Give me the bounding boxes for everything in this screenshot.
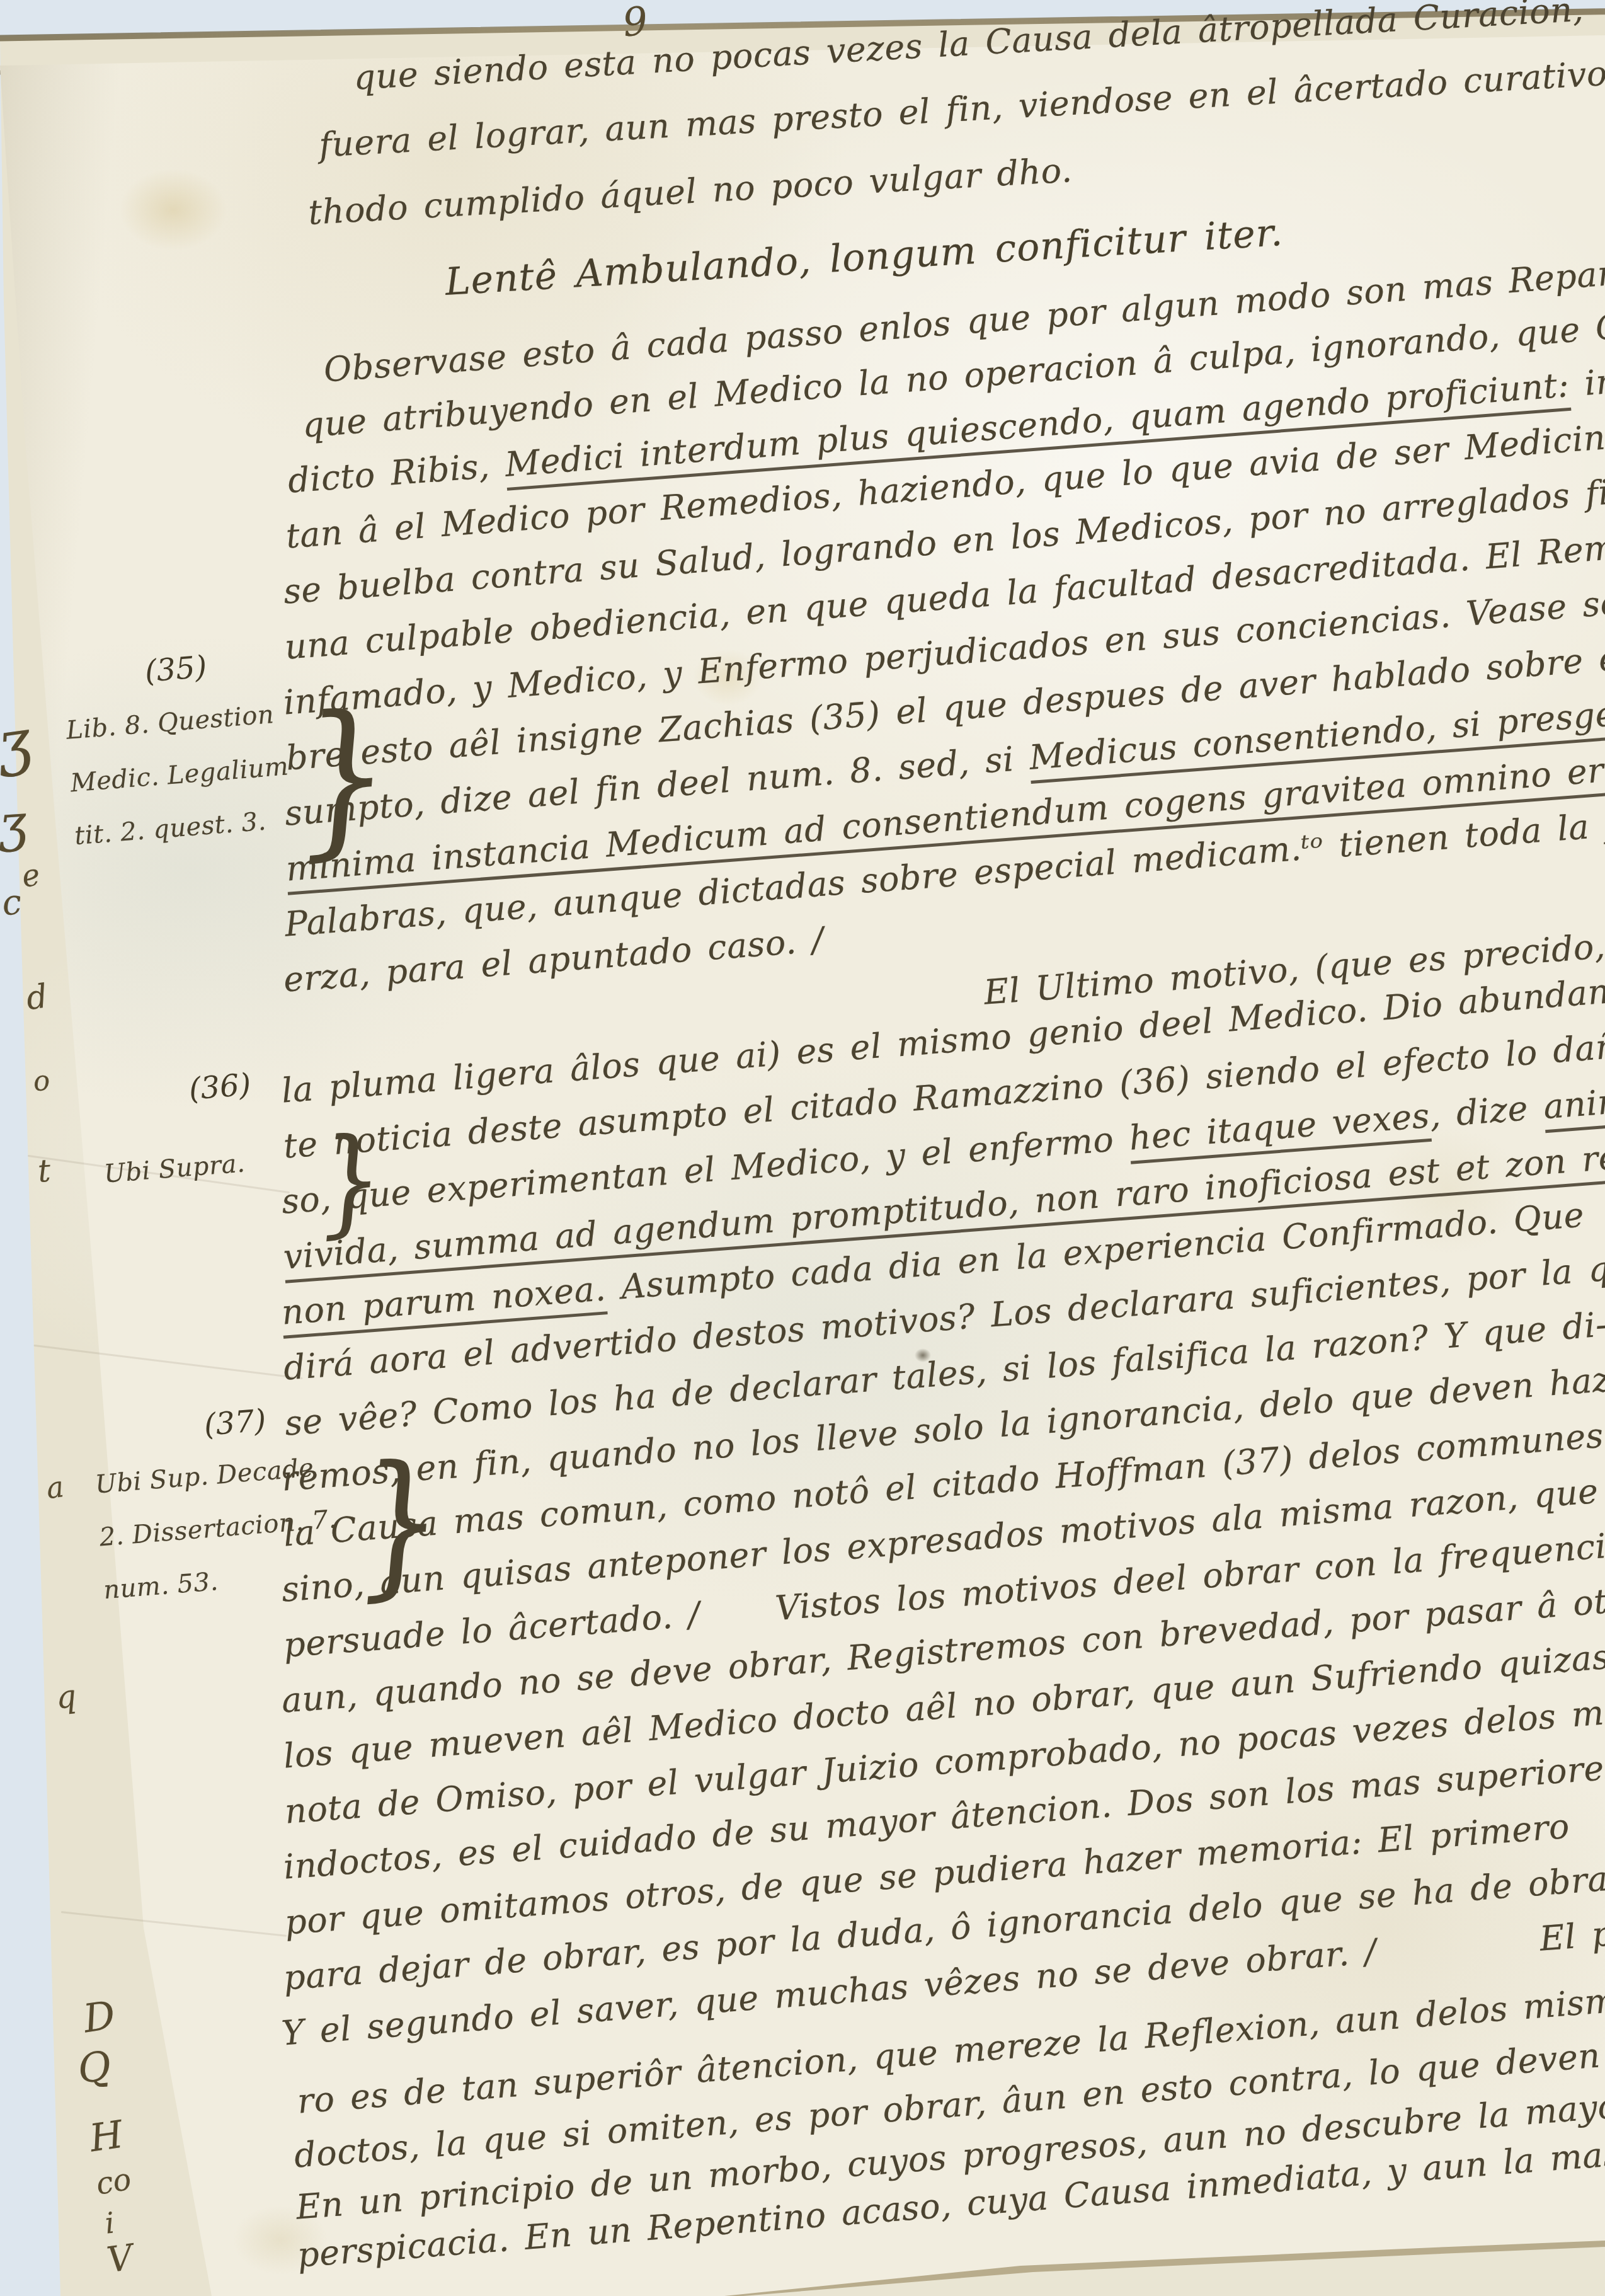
footnote-number: (35)	[144, 651, 208, 687]
ink-fragment: co	[93, 2161, 134, 2202]
ink-fragment: D	[81, 1992, 118, 2041]
margin-note-brace: }	[314, 1120, 387, 1241]
margin-note: Ubi Sup. Decade2. Dissertacion. 7.num. 5…	[93, 1440, 343, 1617]
margin-note: Lib. 8. QuestionMedic. Legaliumtit. 2. q…	[64, 687, 295, 863]
footnote-number: (37)	[203, 1405, 267, 1440]
margin-note-line: Ubi Supra.	[102, 1137, 247, 1200]
text-segment: ins-	[1568, 359, 1605, 405]
ink-fragment: H	[87, 2113, 126, 2161]
ink-fragment: Q	[76, 2043, 113, 2093]
ink-fragment: o	[31, 1064, 52, 1098]
ink-fragment: ʒ	[0, 793, 29, 854]
footnote-number: (36)	[188, 1069, 252, 1105]
underlined-latin-segment: anim	[1542, 1081, 1605, 1133]
manuscript-scan-page: Lentê Ambulando, longum conficitur iter.…	[0, 0, 1605, 2296]
margin-note-brace: }	[291, 691, 396, 864]
margin-note-brace: }	[350, 1441, 448, 1603]
paper-stain	[120, 169, 227, 251]
ink-fragment: t	[37, 1152, 52, 1190]
margin-note: Ubi Supra.	[102, 1137, 247, 1200]
ink-fragment: q	[54, 1678, 78, 1716]
ink-fragment: 9	[620, 0, 650, 46]
ink-fragment: c	[0, 881, 23, 924]
